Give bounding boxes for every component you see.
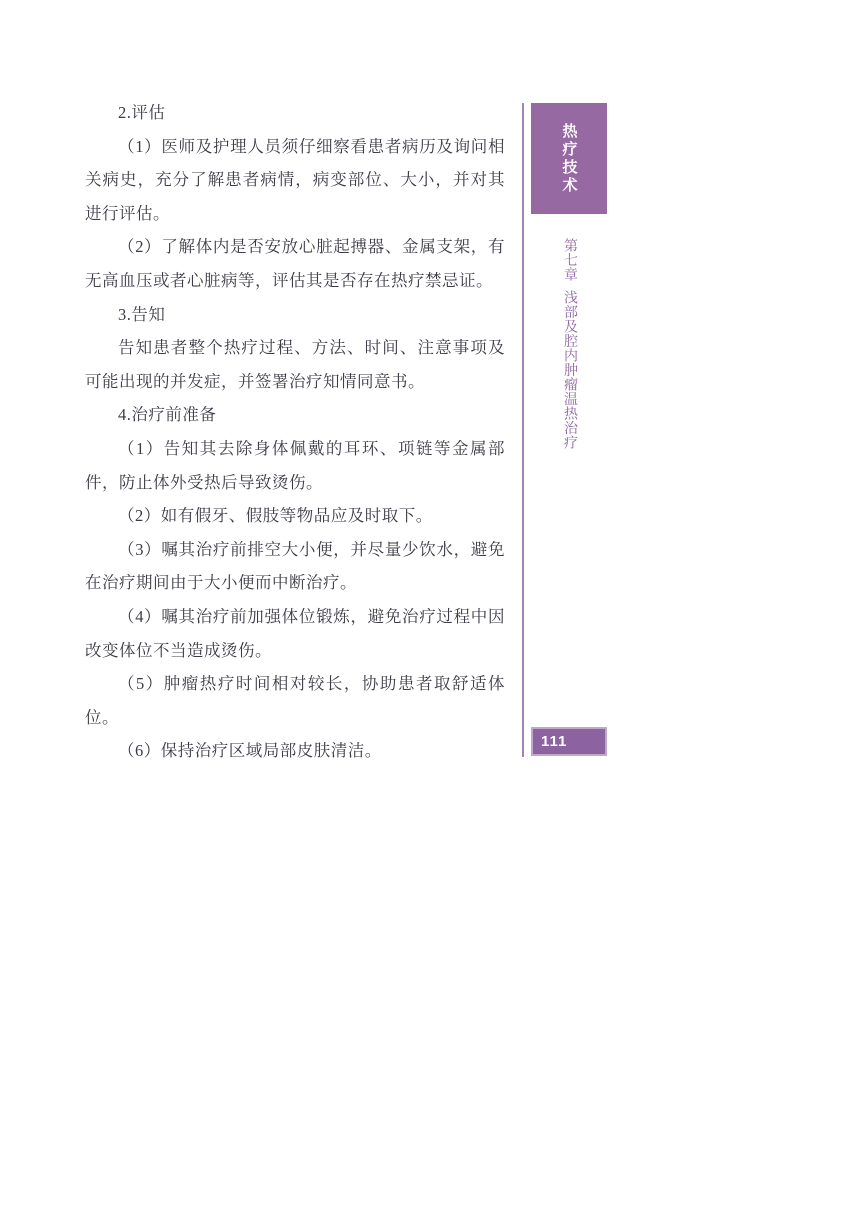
page-number-badge: 111 — [531, 727, 607, 756]
paragraph: （1）告知其去除身体佩戴的耳环、项链等金属部件，防止体外受热后导致烫伤。 — [85, 432, 505, 499]
paragraph: （5）肿瘤热疗时间相对较长，协助患者取舒适体位。 — [85, 667, 505, 734]
chapter-heading-text: 第七章浅部及腔内肿瘤温热治疗 — [559, 238, 579, 449]
paragraph: 告知患者整个热疗过程、方法、时间、注意事项及可能出现的并发症，并签署治疗知情同意… — [85, 331, 505, 398]
book-page: 2.评估 （1）医师及护理人员须仔细察看患者病历及询问相关病史，充分了解患者病情… — [0, 0, 867, 1218]
chapter-number: 第七章 — [562, 238, 577, 282]
chapter-title: 浅部及腔内肿瘤温热治疗 — [562, 290, 577, 450]
paragraph: （4）嘱其治疗前加强体位锻炼，避免治疗过程中因改变体位不当造成烫伤。 — [85, 600, 505, 667]
section-tab-label: 热疗技术 — [559, 123, 580, 195]
chapter-heading: 第七章浅部及腔内肿瘤温热治疗 — [531, 238, 607, 449]
paragraph: （2）如有假牙、假肢等物品应及时取下。 — [85, 499, 505, 533]
paragraph: （6）保持治疗区域局部皮肤清洁。 — [85, 734, 505, 768]
main-text-column: 2.评估 （1）医师及护理人员须仔细察看患者病历及询问相关病史，充分了解患者病情… — [85, 96, 505, 768]
section-tab: 热疗技术 — [531, 103, 607, 214]
paragraph: （3）嘱其治疗前排空大小便，并尽量少饮水，避免在治疗期间由于大小便而中断治疗。 — [85, 533, 505, 600]
page-number: 111 — [541, 733, 567, 750]
paragraph: （1）医师及护理人员须仔细察看患者病历及询问相关病史，充分了解患者病情，病变部位… — [85, 130, 505, 231]
sidebar-divider-line — [522, 103, 524, 757]
list-heading-evaluation: 2.评估 — [85, 96, 505, 130]
list-heading-inform: 3.告知 — [85, 298, 505, 332]
paragraph: （2）了解体内是否安放心脏起搏器、金属支架，有无高血压或者心脏病等，评估其是否存… — [85, 230, 505, 297]
list-heading-preparation: 4.治疗前准备 — [85, 398, 505, 432]
